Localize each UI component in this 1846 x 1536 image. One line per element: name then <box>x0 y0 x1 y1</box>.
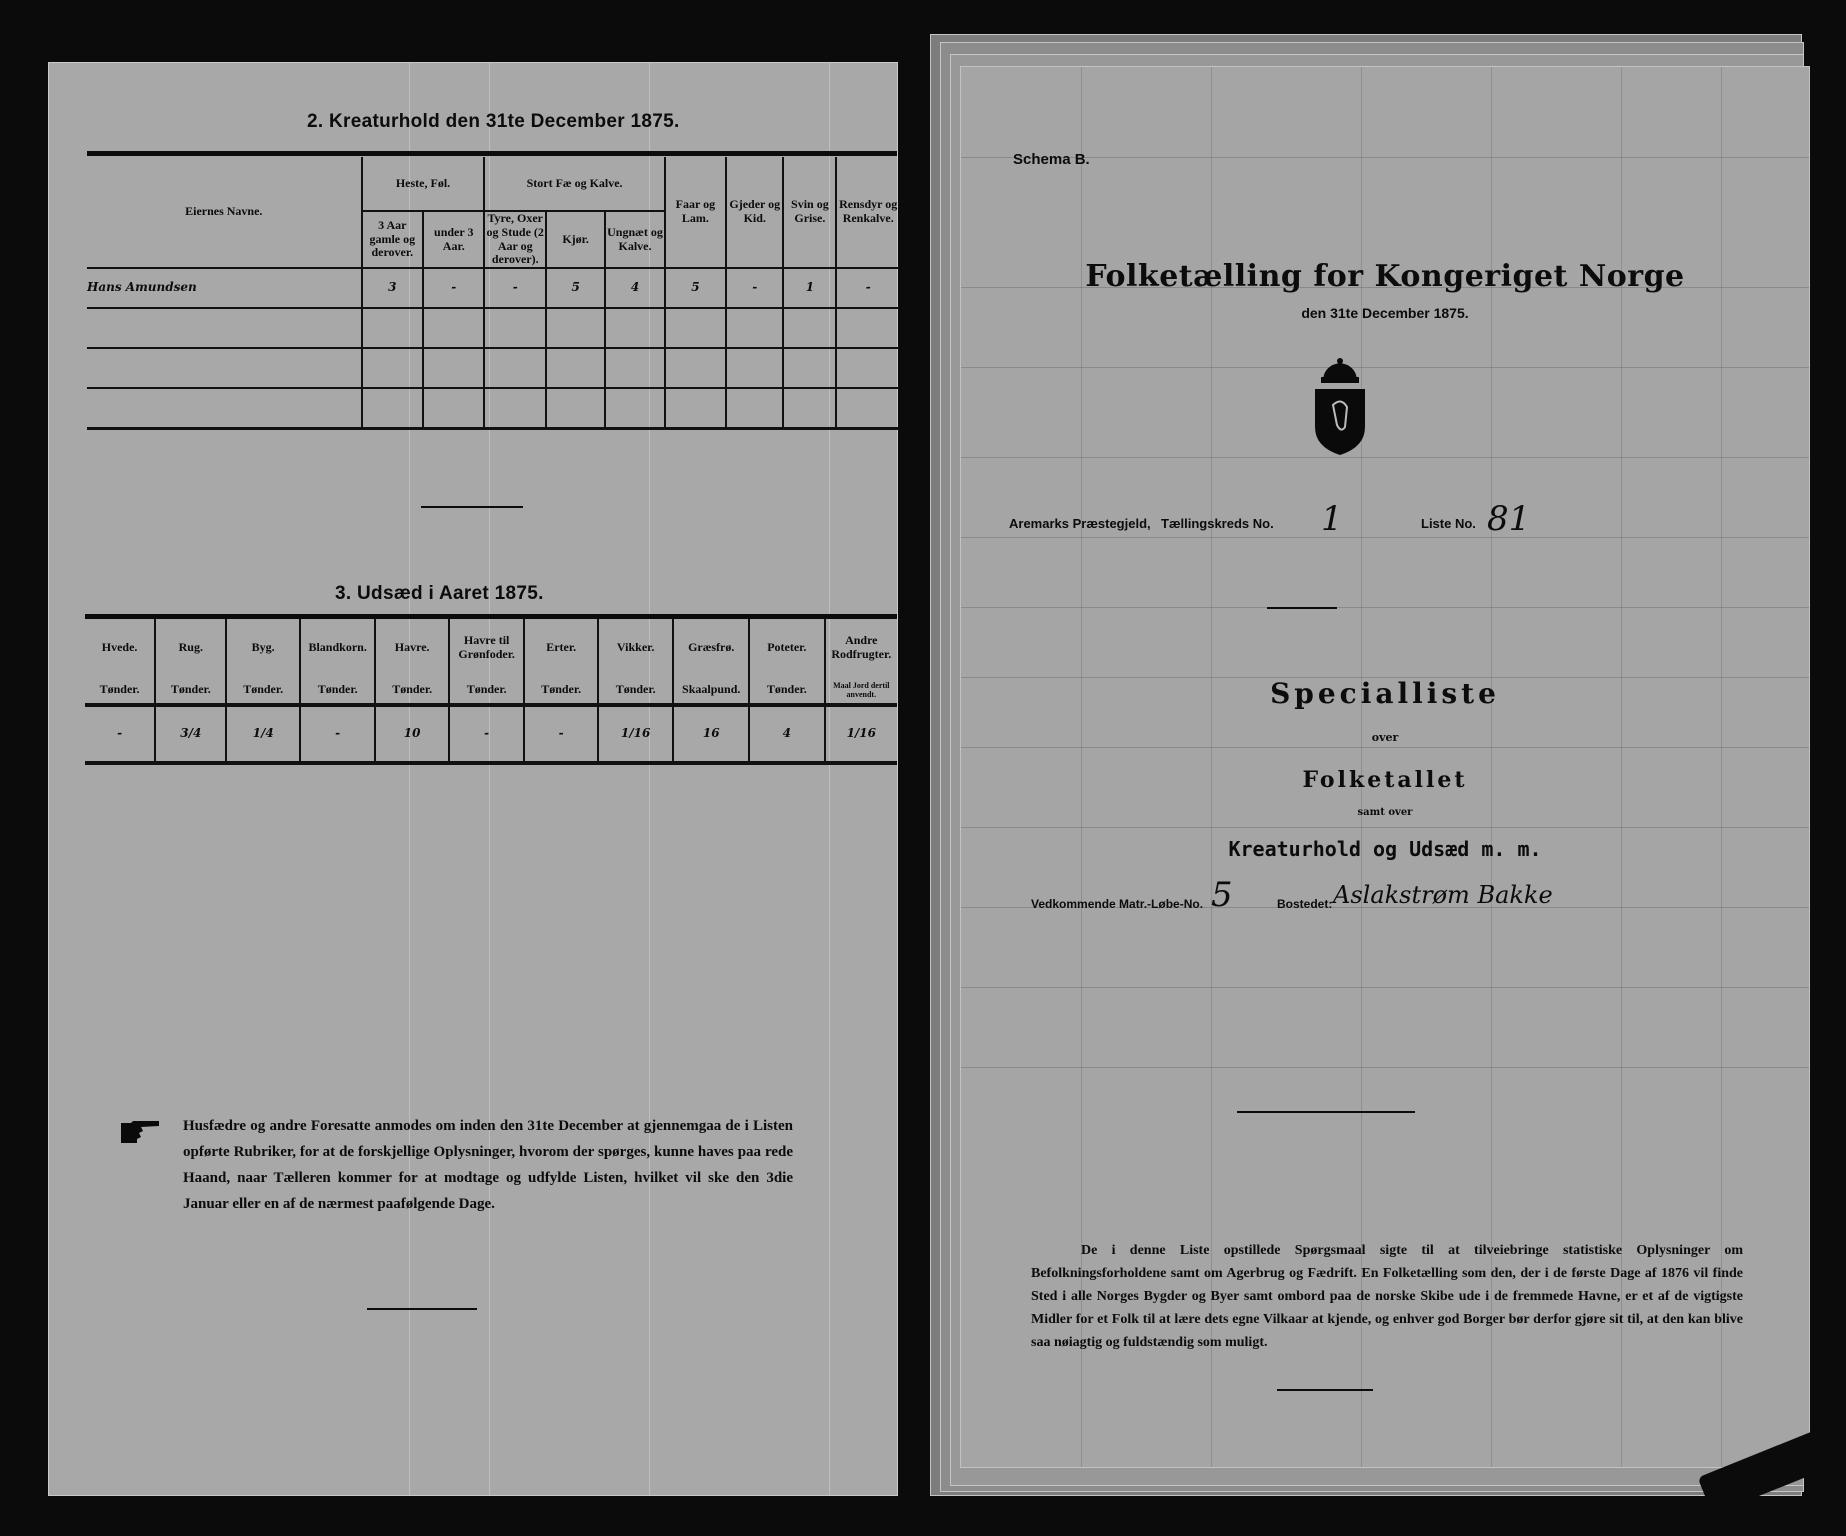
cell-pigs: 1 <box>783 268 836 308</box>
empty-cell <box>362 388 423 428</box>
cell-oats: 10 <box>375 705 448 763</box>
unit: Tønder. <box>85 677 155 705</box>
empty-cell <box>726 388 783 428</box>
col-oats: Havre. <box>375 619 448 677</box>
empty-cell <box>546 388 605 428</box>
tellingskreds-value: 1 <box>1321 499 1343 539</box>
cell-barley: 1/4 <box>226 705 299 763</box>
col-bulls: Tyre, Oxer og Stude (2 Aar og derover). <box>484 211 545 268</box>
seed-table: Hvede. Rug. Byg. Blandkorn. Havre. Havre… <box>85 619 897 765</box>
empty-cell <box>484 388 545 428</box>
liste-value: 81 <box>1487 499 1530 539</box>
grid-line <box>961 537 1809 538</box>
cell-horses-3plus: 3 <box>362 268 423 308</box>
grid-line <box>961 1067 1809 1068</box>
empty-cell <box>484 308 545 348</box>
short-divider <box>367 1308 477 1310</box>
cell-reindeer: - <box>836 268 899 308</box>
unit: Skaalpund. <box>673 677 749 705</box>
cell-horses-under3: - <box>423 268 484 308</box>
norwegian-coat-of-arms-icon <box>1305 357 1375 457</box>
bosted-label: Bostedet: <box>1277 897 1332 911</box>
unit: Maal Jord dertil anvendt. <box>825 677 897 705</box>
matr-value: 5 <box>1211 875 1233 915</box>
grid-line <box>961 987 1809 988</box>
col-peas: Erter. <box>524 619 597 677</box>
cell-root-crops: 1/16 <box>825 705 897 763</box>
grid-line <box>961 747 1809 748</box>
table-row: Hans Amundsen 3 - - 5 4 5 - 1 - <box>87 268 899 308</box>
left-page: 2. Kreaturhold den 31te December 1875. E… <box>48 62 898 1496</box>
empty-cell <box>546 348 605 388</box>
empty-cell <box>87 388 362 428</box>
empty-cell <box>423 388 484 428</box>
grid-line <box>961 607 1809 608</box>
cell-rye: 3/4 <box>155 705 226 763</box>
cell-young: 4 <box>605 268 664 308</box>
section2-title: 2. Kreaturhold den 31te December 1875. <box>307 111 680 133</box>
unit: Tønder. <box>749 677 825 705</box>
col-owner: Eiernes Navne. <box>87 157 362 268</box>
col-rye: Rug. <box>155 619 226 677</box>
empty-cell <box>783 348 836 388</box>
notice-text: Husfædre og andre Foresatte anmodes om i… <box>183 1113 793 1217</box>
cell-bulls: - <box>484 268 545 308</box>
empty-cell <box>362 308 423 348</box>
tellingskreds-label: Tællingskreds No. <box>1161 516 1274 531</box>
main-title: Folketælling for Kongeriget Norge <box>961 259 1809 294</box>
short-divider <box>1237 1111 1415 1113</box>
main-subtitle: den 31te December 1875. <box>961 305 1809 321</box>
empty-cell <box>783 388 836 428</box>
cell-mixed-grain: - <box>300 705 376 763</box>
empty-cell <box>605 388 664 428</box>
empty-cell <box>362 348 423 388</box>
right-page: Schema B. Folketælling for Kongeriget No… <box>960 66 1810 1468</box>
unit: Tønder. <box>300 677 376 705</box>
cell-peas: - <box>524 705 597 763</box>
empty-cell <box>836 348 899 388</box>
cell-wheat: - <box>85 705 155 763</box>
col-vetch: Vikker. <box>598 619 674 677</box>
cell-grass-seed: 16 <box>673 705 749 763</box>
cell-potatoes: 4 <box>749 705 825 763</box>
divider <box>87 151 897 156</box>
table-row: - 3/4 1/4 - 10 - - 1/16 16 4 1/16 <box>85 705 897 763</box>
section3-title: 3. Udsæd i Aaret 1875. <box>335 583 544 605</box>
col-potatoes: Poteter. <box>749 619 825 677</box>
empty-cell <box>605 308 664 348</box>
liste-label: Liste No. <box>1421 516 1476 531</box>
cell-goats: - <box>726 268 783 308</box>
short-divider <box>1277 1389 1373 1391</box>
empty-cell <box>605 348 664 388</box>
col-pigs: Svin og Grise. <box>783 157 836 268</box>
cell-cows: 5 <box>546 268 605 308</box>
empty-cell <box>423 348 484 388</box>
empty-cell <box>836 388 899 428</box>
col-grass-seed: Græsfrø. <box>673 619 749 677</box>
cell-sheep: 5 <box>665 268 726 308</box>
binding-gutter <box>900 0 930 1536</box>
col-barley: Byg. <box>226 619 299 677</box>
unit: Tønder. <box>449 677 525 705</box>
parish-label: Aremarks Præstegjeld, <box>1009 516 1151 531</box>
col-root-crops: Andre Rodfrugter. <box>825 619 897 677</box>
col-cattle: Stort Fæ og Kalve. <box>484 157 664 211</box>
table-row <box>87 348 899 388</box>
owner-name: Hans Amundsen <box>87 268 362 308</box>
col-young: Ungnæt og Kalve. <box>605 211 664 268</box>
livestock-table: Eiernes Navne. Heste, Føl. Stort Fæ og K… <box>87 157 899 430</box>
col-horses-3plus: 3 Aar gamle og derover. <box>362 211 423 268</box>
col-cows: Kjør. <box>546 211 605 268</box>
unit: Tønder. <box>598 677 674 705</box>
col-horses-under3: under 3 Aar. <box>423 211 484 268</box>
empty-cell <box>726 308 783 348</box>
empty-cell <box>423 308 484 348</box>
short-divider <box>1267 607 1337 609</box>
empty-cell <box>484 348 545 388</box>
schema-label: Schema B. <box>1013 151 1090 168</box>
grid-line <box>961 367 1809 368</box>
empty-cell <box>87 348 362 388</box>
empty-cell <box>836 308 899 348</box>
cell-oats-green: - <box>449 705 525 763</box>
unit: Tønder. <box>375 677 448 705</box>
col-horses: Heste, Føl. <box>362 157 485 211</box>
matr-label: Vedkommende Matr.-Løbe-No. <box>1031 897 1203 911</box>
empty-cell <box>665 388 726 428</box>
unit: Tønder. <box>155 677 226 705</box>
grid-line <box>961 827 1809 828</box>
folketallet-label: Folketallet <box>961 767 1809 793</box>
col-wheat: Hvede. <box>85 619 155 677</box>
footer-text: De i denne Liste opstillede Spørgsmaal s… <box>1031 1239 1743 1354</box>
pointing-hand-icon <box>119 1119 161 1145</box>
col-sheep: Faar og Lam. <box>665 157 726 268</box>
empty-cell <box>87 308 362 348</box>
empty-cell <box>783 308 836 348</box>
bosted-value: Aslakstrøm Bakke <box>1333 881 1553 909</box>
col-goats: Gjeder og Kid. <box>726 157 783 268</box>
short-divider <box>421 506 523 508</box>
empty-cell <box>665 348 726 388</box>
cell-vetch: 1/16 <box>598 705 674 763</box>
unit: Tønder. <box>524 677 597 705</box>
col-reindeer: Rensdyr og Renkalve. <box>836 157 899 268</box>
specialliste-heading: Specialliste <box>961 677 1809 710</box>
empty-cell <box>665 308 726 348</box>
empty-cell <box>546 308 605 348</box>
unit: Tønder. <box>226 677 299 705</box>
col-oats-green: Havre til Grønfoder. <box>449 619 525 677</box>
grid-line <box>961 457 1809 458</box>
col-mixed-grain: Blandkorn. <box>300 619 376 677</box>
kreaturhold-heading: Kreaturhold og Udsæd m. m. <box>961 837 1809 861</box>
samt-over-label: samt over <box>961 807 1809 818</box>
over-label: over <box>961 731 1809 744</box>
empty-cell <box>726 348 783 388</box>
table-row <box>87 308 899 348</box>
table-row <box>87 388 899 428</box>
